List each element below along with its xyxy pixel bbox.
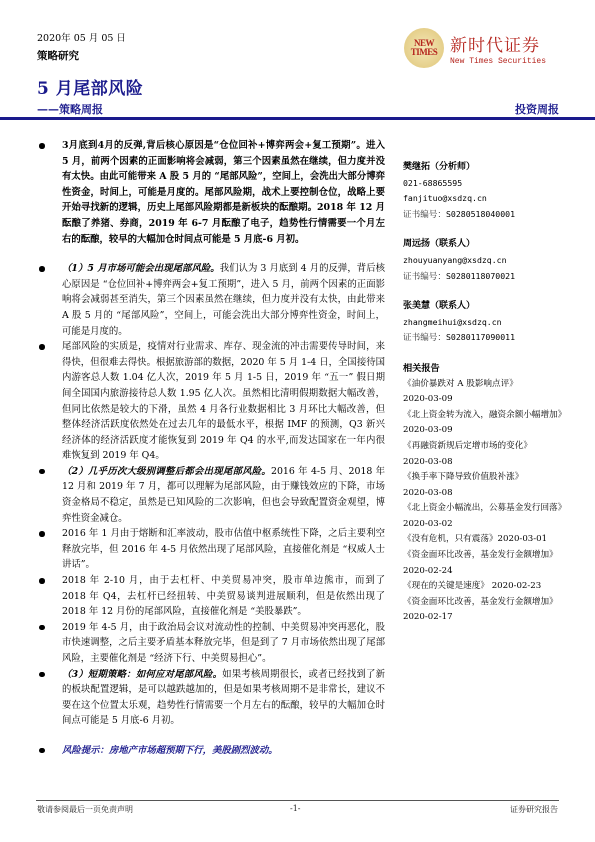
point-paragraph: 2019 年 4-5 月，由于政治局会议对流动性的控制、中美贸易冲突再恶化，股市… (37, 620, 385, 667)
summary-paragraph: 3月底到4月的反弹,背后核心原因是“仓位回补+博弈两会+复工预期”。进入 5 月… (37, 138, 385, 247)
logo-badge-icon: NEW TIMES (404, 28, 444, 68)
footer-divider (36, 800, 559, 801)
point-text: 我们认为 3 月底到 4 月的反弹，背后核心原因是 “仓位回补+博弈两会+复工预… (62, 263, 385, 336)
point-paragraph: 2018 年 2-10 月，由于去杠杆、中美贸易冲突，股市单边熊市，而到了 20… (37, 573, 385, 620)
related-report[interactable]: 《再融资新规后定增市场的变化》2020-03-08 (403, 439, 578, 470)
analyst-email[interactable]: zhangmeihui@xsdzq.cn (403, 315, 578, 331)
related-report[interactable]: 《资金面环比改善，基金发行金额增加》 2020-02-17 (403, 595, 578, 626)
report-type: 投资周报 (515, 101, 559, 117)
cert-label: 证书编号： (403, 272, 446, 282)
point-paragraph: （2）几乎历次大级别调整后都会出现尾部风险。2016 年 4-5 月、2018 … (37, 464, 385, 526)
spacer (37, 729, 385, 743)
related-reports-title: 相关报告 (403, 361, 578, 377)
related-report-date: 2020-03-02 (403, 519, 453, 529)
main-content: 3月底到4月的反弹,背后核心原因是“仓位回补+博弈两会+复工预期”。进入 5 月… (37, 138, 385, 759)
logo-text: 新时代证券 New Times Securities (450, 31, 546, 66)
cert-number: S0280117090011 (446, 332, 515, 342)
related-report-title: 《换手率下降导致价值股补涨》 (403, 472, 523, 482)
analyst-cert: 证书编号：S0280117090011 (403, 330, 578, 347)
analyst-card: 周远扬（联系人） zhouyuanyang@xsdzq.cn 证书编号：S028… (403, 237, 578, 285)
cert-number: S0280118070021 (446, 271, 515, 281)
related-report-date: 2020-03-09 (403, 425, 453, 435)
analyst-cert: 证书编号：S0280118070021 (403, 269, 578, 286)
related-report-title: 《北上资金小幅流出，公募基金发行回落》 (403, 503, 566, 513)
logo-badge-line2: TIMES (411, 48, 438, 57)
footer-disclaimer: 敬请参阅最后一页免责声明 (37, 804, 133, 815)
related-report-date: 2020-02-24 (403, 566, 453, 576)
related-report[interactable]: 《北上资金转为流入，融资余额小幅增加》 2020-03-09 (403, 408, 578, 439)
analyst-email[interactable]: fanjituo@xsdzq.cn (403, 191, 578, 207)
related-report-date: 2020-03-01 (498, 534, 548, 544)
related-report[interactable]: 《油价暴跌对 A 股影响点评》2020-03-09 (403, 377, 578, 408)
related-report-title: 《资金面环比改善，基金发行金额增加》 (403, 550, 558, 560)
spacer (37, 247, 385, 261)
related-report[interactable]: 《没有危机，只有震荡》2020-03-01 (403, 532, 578, 548)
page-number: -1- (290, 804, 301, 813)
point-text: 尾部风险的实质是，疫情对行业需求、库存、现金流的冲击需要传导时间，来得快，但很难… (62, 341, 385, 461)
footer-report-label: 证券研究报告 (510, 804, 558, 815)
related-report-title: 《油价暴跌对 A 股影响点评》 (403, 379, 518, 389)
related-report-date: 2020-02-17 (403, 612, 453, 622)
page-title: 5 月尾部风险 (37, 74, 143, 99)
point-lead: （1）5 月市场可能会出现尾部风险。 (62, 263, 220, 274)
related-report-title: 《再融资新规后定增市场的变化》 (403, 441, 532, 451)
analyst-name: 张美慧（联系人） (403, 299, 578, 315)
report-date: 2020年 05 月 05 日 (37, 30, 126, 44)
point-text: 2019 年 4-5 月，由于政治局会议对流动性的控制、中美贸易冲突再恶化，股市… (62, 622, 385, 664)
analyst-cert: 证书编号：S0280518040001 (403, 207, 578, 224)
analyst-phone: 021-68865595 (403, 176, 578, 192)
point-paragraph: （1）5 月市场可能会出现尾部风险。我们认为 3 月底到 4 月的反弹，背后核心… (37, 261, 385, 339)
analyst-card: 樊继拓（分析师） 021-68865595 fanjituo@xsdzq.cn … (403, 160, 578, 223)
cert-label: 证书编号： (403, 333, 446, 343)
report-category: 策略研究 (37, 48, 79, 63)
cert-number: S0280518040001 (446, 209, 515, 219)
point-paragraph: 2016 年 1 月由于熔断和汇率波动，股市估值中枢系统性下降，之后主要利空释放… (37, 526, 385, 573)
header-divider (0, 117, 595, 120)
related-report-date: 2020-03-08 (403, 488, 453, 498)
analyst-email[interactable]: zhouyuanyang@xsdzq.cn (403, 253, 578, 269)
page-subtitle: ——策略周报 (37, 101, 103, 117)
analyst-card: 张美慧（联系人） zhangmeihui@xsdzq.cn 证书编号：S0280… (403, 299, 578, 347)
related-report[interactable]: 《现在的关键是速度》 2020-02-23 (403, 579, 578, 595)
related-report-date: 2020-02-23 (492, 581, 542, 591)
company-logo: NEW TIMES 新时代证券 New Times Securities (404, 28, 546, 68)
related-report[interactable]: 《北上资金小幅流出，公募基金发行回落》 2020-03-02 (403, 501, 578, 532)
related-report[interactable]: 《换手率下降导致价值股补涨》2020-03-08 (403, 470, 578, 501)
point-paragraph: 尾部风险的实质是，疫情对行业需求、库存、现金流的冲击需要传导时间，来得快，但很难… (37, 339, 385, 464)
logo-name-en: New Times Securities (450, 57, 546, 66)
related-report[interactable]: 《资金面环比改善，基金发行金额增加》 2020-02-24 (403, 548, 578, 579)
sidebar: 樊继拓（分析师） 021-68865595 fanjituo@xsdzq.cn … (403, 160, 578, 626)
point-text: 2018 年 2-10 月，由于去杠杆、中美贸易冲突，股市单边熊市，而到了 20… (62, 575, 385, 617)
cert-label: 证书编号： (403, 210, 446, 220)
point-lead: （3）短期策略：如何应对尾部风险。 (62, 669, 222, 680)
related-report-title: 《资金面环比改善，基金发行金额增加》 (403, 597, 558, 607)
analyst-name: 周远扬（联系人） (403, 237, 578, 253)
point-text: 2016 年 1 月由于熔断和汇率波动，股市估值中枢系统性下降，之后主要利空释放… (62, 528, 385, 570)
point-paragraph: （3）短期策略：如何应对尾部风险。如果考核周期很长，或者已经找到了新的板块配置逻… (37, 667, 385, 729)
related-report-date: 2020-03-08 (403, 457, 453, 467)
related-report-title: 《现在的关键是速度》 (403, 581, 489, 591)
point-lead: （2）几乎历次大级别调整后都会出现尾部风险。 (62, 466, 271, 477)
related-report-title: 《没有危机，只有震荡》 (403, 534, 498, 544)
related-report-title: 《北上资金转为流入，融资余额小幅增加》 (403, 410, 566, 420)
logo-name-cn: 新时代证券 (450, 31, 546, 56)
related-report-date: 2020-03-09 (403, 394, 453, 404)
risk-warning: 风险提示：房地产市场超预期下行，美股剧烈波动。 (37, 743, 385, 759)
analyst-name: 樊继拓（分析师） (403, 160, 578, 176)
